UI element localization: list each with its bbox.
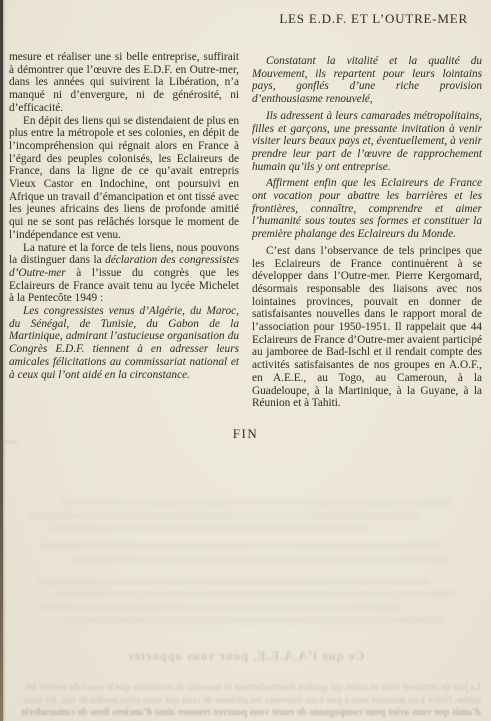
book-page: LES E.D.F. ET L’OUTRE-MER mesure et réal… [0,0,491,721]
bleedthrough-smudge [50,525,371,532]
bleedthrough-line: La joie de retrouver ceux et celles qui … [0,682,491,693]
paragraph-continuation: mesure et réaliser une si belle entrepri… [9,51,239,115]
bleedthrough-corner-mark [2,441,17,459]
fin-label: FIN [0,426,491,442]
text-columns: mesure et réaliser une si belle entrepri… [9,51,482,410]
bleedthrough-smudge [40,543,441,550]
paragraph-quote: Ils adressent à leurs camarades métropol… [252,110,482,174]
bleedthrough-smudge [40,604,401,611]
paragraph: En dépit des liens qui se distendaient d… [9,115,239,242]
paragraph-quote: Les congressistes venus d’Algérie, du Ma… [9,305,239,381]
bleedthrough-smudge [55,591,456,598]
paragraph-mixed: La nature et la force de tels liens, nou… [9,242,239,306]
bleedthrough-line: anime. Grâce à un annuaire tenu à jour v… [0,695,491,706]
bleedthrough-smudge [60,499,451,506]
page-gutter-shadow [0,0,3,721]
paragraph-quote: Constatant la vitalité et la qualité du … [252,55,482,106]
paragraph-quote: Affirment enfin que les Eclaireurs de Fr… [252,177,482,241]
paragraph: C’est dans l’observance de tels principe… [252,245,482,410]
bleedthrough-smudge [70,556,451,563]
bleedthrough-smudge [35,578,431,585]
bleedthrough-smudge [30,512,421,519]
running-header: LES E.D.F. ET L’OUTRE-MER [279,11,468,27]
right-column: Constatant la vitalité et la qualité du … [252,51,482,410]
bleedthrough-heading: Ce que l’A.A.E.E. pour vous apporter [0,649,491,664]
bleedthrough-line: d’amis que vous aviez pour compagnons de… [0,707,491,718]
bleedthrough-smudge [65,617,446,624]
left-column: mesure et réaliser une si belle entrepri… [9,51,239,410]
